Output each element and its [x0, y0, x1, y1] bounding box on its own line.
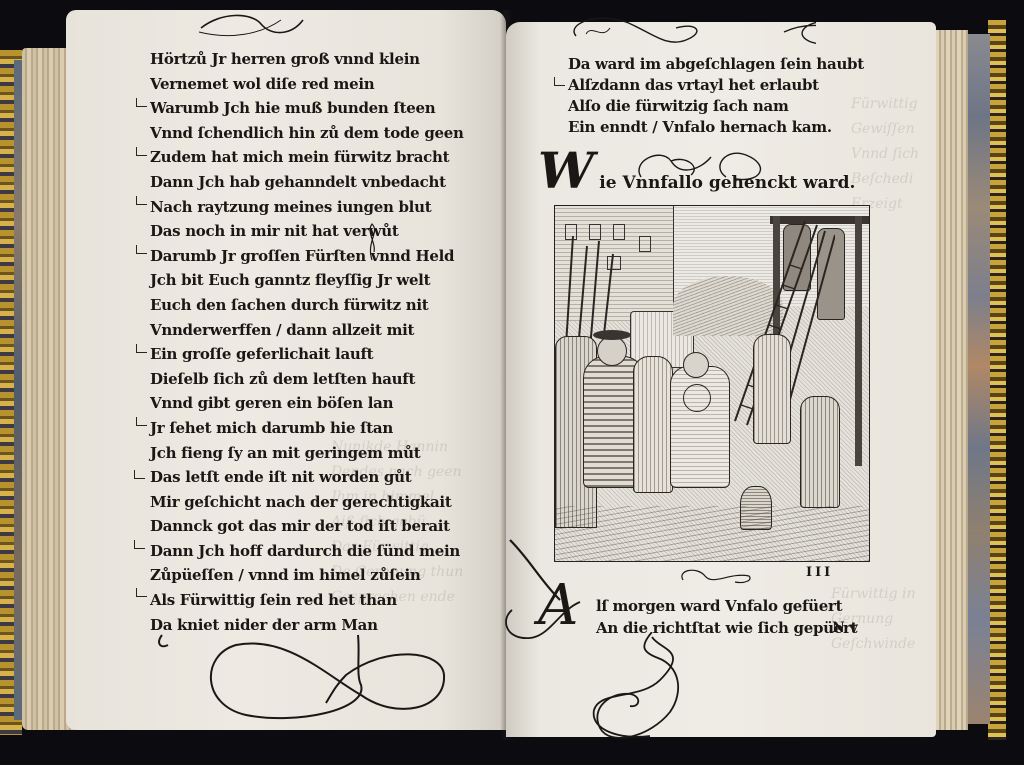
book-cover-gilt-edge-right	[988, 20, 1006, 740]
verse-line: Als Fürwittig ſein red het than	[150, 588, 464, 613]
calligraphic-flourish	[362, 222, 382, 262]
left-page: Nunikde HanninDendes nach geenJhm in him…	[66, 10, 506, 730]
verse-line: Dannck got das mir der tod iſt berait	[150, 514, 464, 539]
paragraph-mark	[136, 147, 147, 156]
paragraph-mark	[136, 98, 147, 107]
paragraph-mark	[554, 77, 565, 86]
calligraphic-flourish	[675, 566, 755, 590]
signature-mark: N v	[832, 620, 858, 636]
paragraph-mark	[136, 196, 147, 205]
left-verse-block: Hörtzů Jr herren groß vnnd klein Verneme…	[150, 47, 464, 637]
paragraph-mark	[134, 470, 145, 479]
verse-line: Vnnderwerffen / dann allzeit mit	[150, 318, 464, 343]
decorated-initial-a: A	[538, 578, 578, 634]
illustration-number: III	[806, 565, 833, 580]
nobleman-head	[597, 336, 627, 366]
wheel-emblem-icon	[683, 384, 711, 412]
paragraph-mark	[136, 245, 147, 254]
verse-line: Vnnd gibt geren ein böſen lan	[150, 391, 464, 416]
woodcut-illustration	[554, 205, 870, 562]
verse-line: Dann Jch hab gehanndelt vnbedacht	[150, 170, 464, 195]
verse-line: Jch bit Euch ganntz fleyſſig Jr welt	[150, 268, 464, 293]
verse-line: Mir geſchicht nach der gerechtigkait	[150, 490, 464, 515]
verse-line: Jr ſehet mich darumb hie ſtan	[150, 416, 464, 441]
verse-line: Warumb Jch hie muß bunden ſteen	[150, 96, 464, 121]
verse-line: Vernemet wol diſe red mein	[150, 72, 464, 97]
calligraphic-flourish-descender	[580, 632, 700, 762]
verse-line: Ein groſſe geferlichait lauft	[150, 342, 464, 367]
nobleman-hat	[593, 330, 631, 340]
verse-line: Nach raytzung meines iungen blut	[150, 195, 464, 220]
gallows-post	[855, 216, 862, 466]
verse-line: Das letſt ende iſt nit worden gůt	[150, 465, 464, 490]
calligraphic-flourish	[631, 147, 771, 187]
paragraph-mark	[136, 588, 147, 597]
verse-line: Ein enndt / Vnfalo hernach kam.	[568, 117, 864, 138]
verse-line: Zudem hat mich mein fürwitz bracht	[150, 145, 464, 170]
paragraph-mark	[136, 417, 147, 426]
calligraphic-flourish-top	[191, 10, 311, 40]
courtier-figure	[633, 356, 673, 493]
right-verse-block: Da ward im abgeſchlagen ſein haubt Alſzd…	[568, 54, 864, 138]
herald-head	[683, 352, 709, 378]
verse-line: Dieſelb ſich zů dem letſten hauft	[150, 367, 464, 392]
verse-line: Da ward im abgeſchlagen ſein haubt	[568, 54, 864, 75]
verse-line: Zůpüeſſen / vnnd im himel zůſein	[150, 563, 464, 588]
verse-line: Dann Jch hoff dardurch die ſünd mein	[150, 539, 464, 564]
window-icon	[639, 236, 651, 252]
verse-line: Euch den ſachen durch fürwitz nit	[150, 293, 464, 318]
verse-line: Alſo die fürwitzig ſach nam	[568, 96, 864, 117]
verse-line: Hörtzů Jr herren groß vnnd klein	[150, 47, 464, 72]
verse-line: Das noch in mir nit hat verwůt	[150, 219, 464, 244]
marbled-endpaper-right	[966, 34, 990, 724]
soldier-figure	[800, 396, 840, 508]
verse-line: lſ morgen ward Vnfalo gefüert	[596, 595, 857, 617]
paragraph-mark	[136, 344, 147, 353]
calligraphic-flourish-top	[556, 14, 816, 54]
verse-line: Alſzdann das vrtayl het erlaubt	[568, 75, 864, 96]
verse-line: Darumb Jr groſſen Fürſten vnnd Held	[150, 244, 464, 269]
verse-line: Jch fieng ſy an mit geringem můt	[150, 441, 464, 466]
verse-line: Vnnd ſchendlich hin zů dem tode geen	[150, 121, 464, 146]
calligraphic-flourish-bottom	[146, 615, 446, 725]
paragraph-mark	[134, 540, 145, 549]
decorated-initial-w: W	[538, 141, 594, 200]
robed-figure	[753, 334, 791, 444]
